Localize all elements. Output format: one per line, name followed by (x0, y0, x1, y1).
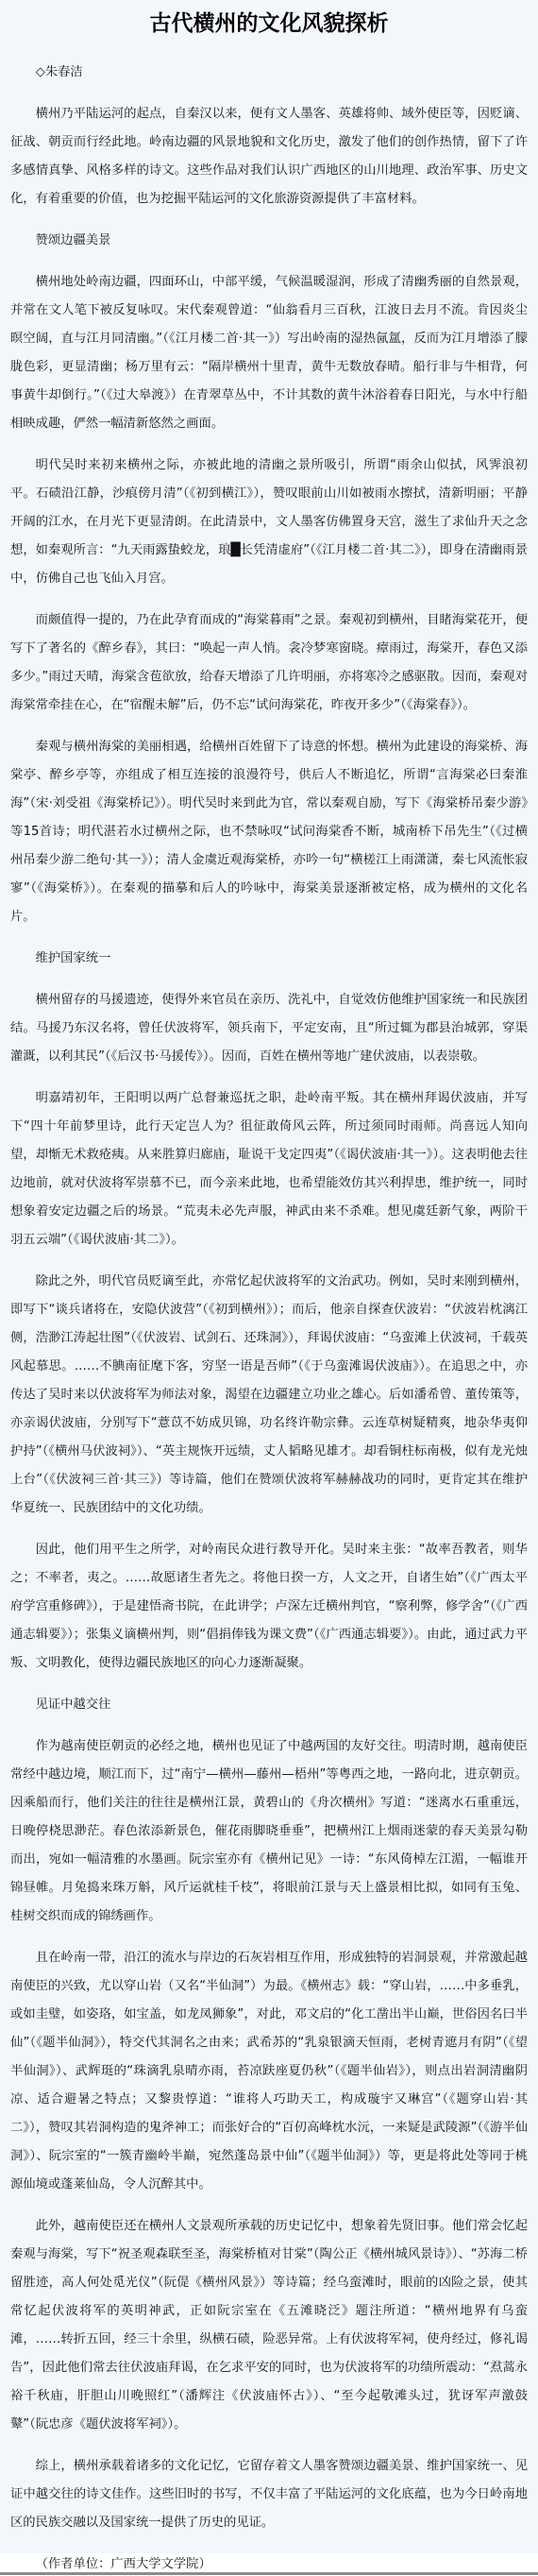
paragraph: 因此，他们用平生之所学，对岭南民众进行教导开化。吴时来主张：“故率吾教者，则华之… (10, 1536, 528, 1678)
section-heading-unity: 维护国家统一 (10, 945, 528, 973)
article-container: 古代横州的文化风貌探析 ◇朱春洁 横州乃平陆运河的起点，自秦汉以来，便有文人墨客… (0, 0, 538, 2553)
paragraph: 秦观与横州海棠的美丽相遇，给横州百姓留下了诗意的怀想。横州为此建设的海棠桥、海棠… (10, 733, 528, 931)
paragraph: 而颇值得一提的，乃在此孕育而成的“海棠暮雨”之景。秦观初到横州，目睹海棠花开，便… (10, 606, 528, 720)
footer-divider (0, 2572, 538, 2575)
paragraph: 此外，越南使臣还在横州人文景观所承载的历史记忆中，想象着先贤旧事。他们常会忆起秦… (10, 2212, 528, 2439)
paragraph: 明代吴时来初来横州之际，亦被此地的清幽之景所吸引，所谓“雨余山似拭，风霁浪初平。… (10, 452, 528, 593)
paragraph: 除此之外，明代官员贬谪至此，亦常忆起伏波将军的文治武功。例如，吴时来刚到横州，即… (10, 1268, 528, 1523)
paragraph-conclusion: 综上，横州承载着诸多的文化记忆，它留存着文人墨客赞颂边疆美景、维护国家统一、见证… (10, 2452, 528, 2537)
paragraph: 横州地处岭南边疆，四面环山，中部平缓，气候温暖湿润，形成了清幽秀丽的自然景观，并… (10, 268, 528, 438)
paragraph-intro: 横州乃平陆运河的起点，自秦汉以来，便有文人墨客、英雄将帅、域外使臣等，因贬谪、征… (10, 100, 528, 213)
section-heading-scenery: 赞颂边疆美景 (10, 227, 528, 255)
paragraph: 明嘉靖初年，王阳明以两广总督兼巡抚之职，赴岭南平叛。其在横州拜谒伏波庙，并写下“… (10, 1084, 528, 1254)
section-heading-exchange: 见证中越交往 (10, 1691, 528, 1719)
article-author: ◇朱春洁 (10, 59, 528, 87)
paragraph: 且在岭南一带，沿江的流水与岸边的石灰岩相互作用，形成独特的岩洞景观，并常激起越南… (10, 1944, 528, 2199)
paragraph: 横州留存的马援遗迹，使得外来官员在亲历、洗礼中，自觉效仿他维护国家统一和民族团结… (10, 986, 528, 1071)
paragraph: 作为越南使臣朝贡的必经之地，横州也见证了中越两国的友好交往。明清时期，越南使臣常… (10, 1732, 528, 1931)
article-title: 古代横州的文化风貌探析 (10, 9, 528, 38)
